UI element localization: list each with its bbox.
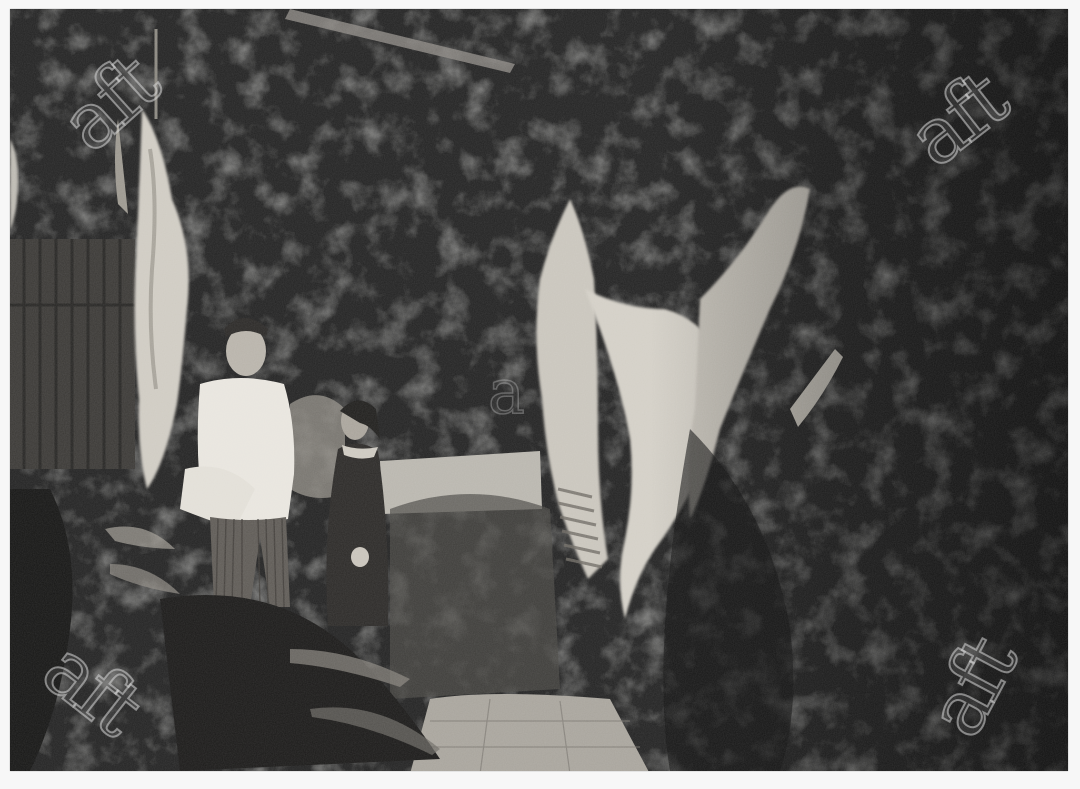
photograph: aft aft a aft aft [10, 9, 1068, 771]
watermark-center: a [488, 361, 521, 423]
